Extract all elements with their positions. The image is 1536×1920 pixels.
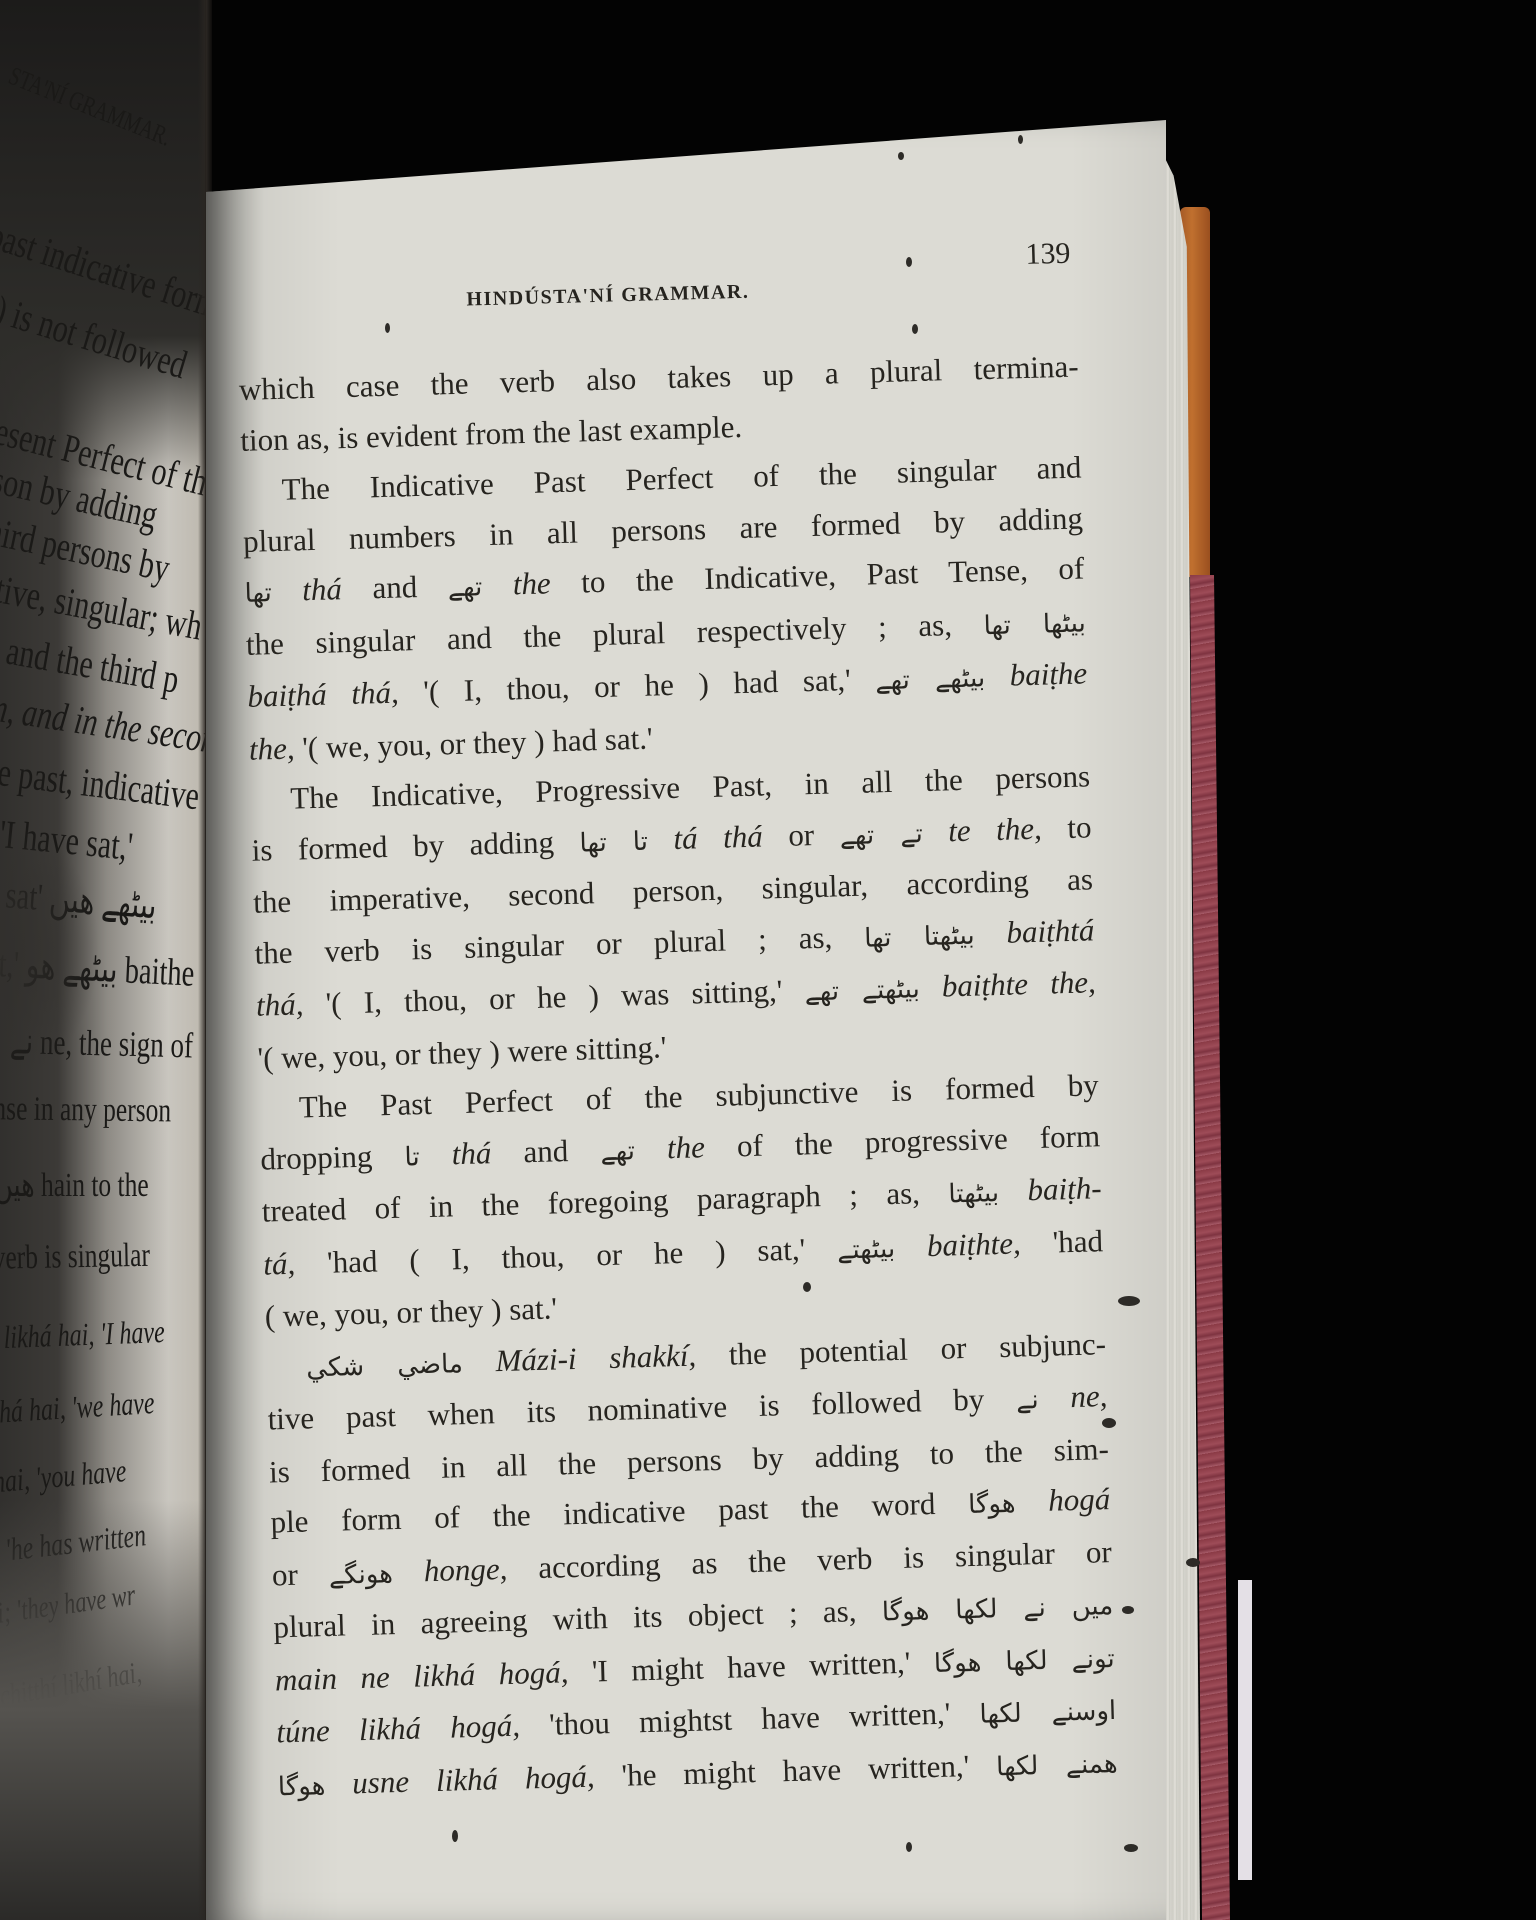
urdu-text: بیٹهے تهے [875, 663, 986, 696]
english-text: ( we, you, or they ) sat.' [264, 1290, 557, 1333]
english-text: and [491, 1132, 601, 1170]
transliteration: thá [271, 571, 342, 608]
english-text: is formed by adding [251, 823, 580, 867]
urdu-text: بیٹهتا تها [864, 920, 975, 953]
urdu-text: هوگا [278, 1771, 326, 1802]
transliteration: main ne likhá hogá, [274, 1654, 568, 1697]
transliteration: the, [248, 730, 295, 766]
urdu-text: بیٹهتا [948, 1178, 1000, 1209]
urdu-text: تهے [447, 572, 482, 603]
left-facing-page: STA'NÍ GRAMMAR.past indicative formr ) i… [0, 0, 205, 1920]
body-text: which case the verb also takes up a plur… [238, 341, 1138, 1812]
urdu-text: اوسنے لکها [979, 1696, 1116, 1730]
english-text: '( we, you, or they ) had sat.' [294, 720, 653, 765]
transliteration: baiṭhte, [895, 1225, 1022, 1263]
bookworm-hole [898, 152, 904, 160]
english-text: and [341, 568, 448, 606]
english-text: 'had ( I, thou, or he ) sat,' [295, 1230, 838, 1280]
left-page-line: ne likhá hai, 'I have [0, 1313, 165, 1357]
urdu-text: میں نے لکها هوگا [881, 1591, 1113, 1627]
book-photo: STA'NÍ GRAMMAR.past indicative formr ) i… [0, 0, 1536, 1920]
urdu-text: بیٹهتے [837, 1233, 896, 1265]
left-page-shadow-mid [0, 820, 100, 1080]
bookworm-hole [906, 257, 912, 267]
bookworm-hole [385, 323, 390, 333]
urdu-text: تها [244, 578, 272, 609]
transliteration: baiṭhte the, [919, 964, 1096, 1004]
transliteration: tá, [263, 1245, 296, 1281]
urdu-text: هونگے [328, 1559, 393, 1591]
english-text: 'had [1020, 1223, 1103, 1260]
book-cover-white-edge [1238, 1580, 1252, 1880]
urdu-text: بیٹها تها [983, 608, 1086, 641]
urdu-text: بیٹهتے تهے [804, 974, 920, 1007]
page-number: 139 [1025, 237, 1071, 272]
urdu-text: تونے لکها هوگا [933, 1643, 1115, 1678]
english-text: 'thou mightst have written,' [519, 1695, 980, 1743]
transliteration: usne likhá hogá, [325, 1758, 595, 1801]
urdu-text: نے [1016, 1385, 1039, 1416]
english-text: plural in agreeing with its object ; as, [273, 1592, 882, 1644]
english-text: 'I might have written,' [568, 1644, 934, 1689]
english-text: '( we, you, or they ) were sitting.' [257, 1029, 667, 1075]
bookworm-hole [1124, 1844, 1138, 1852]
left-page-shadow-bottom [0, 1500, 205, 1920]
transliteration: te the, [922, 810, 1042, 848]
english-text: dropping [260, 1137, 405, 1176]
transliteration: tá thá [647, 818, 763, 856]
english-text: the verb is singular or plural ; as, [254, 918, 865, 970]
left-page-line: e verb is singular [0, 1237, 150, 1278]
bookworm-hole [906, 1842, 912, 1852]
bookworm-hole [912, 324, 918, 334]
left-page-line: d هیں hain to the [0, 1165, 149, 1205]
urdu-text: هوگا [968, 1489, 1016, 1520]
bookworm-hole [1122, 1606, 1134, 1614]
running-title: HINDÚSTA'NÍ GRAMMAR. [466, 281, 750, 312]
urdu-text: تا تها [579, 826, 648, 858]
bookworm-hole [1102, 1418, 1116, 1428]
transliteration: the [482, 565, 551, 602]
bookworm-hole [452, 1830, 458, 1842]
english-text: according as the verb is singular or [507, 1534, 1112, 1586]
english-text: 'he might have written,' [594, 1747, 996, 1793]
transliteration: Mázi-i shakkí, [462, 1337, 696, 1379]
english-text: '( I, thou, or he ) had sat,' [398, 661, 876, 709]
transliteration: thá [419, 1135, 492, 1172]
english-text: or [762, 816, 840, 853]
transliteration: túne likhá hogá, [276, 1708, 521, 1750]
bookworm-hole [1118, 1296, 1140, 1306]
urdu-text: همنے لکها [996, 1748, 1118, 1781]
english-text: to [1041, 809, 1092, 845]
urdu-text: ماضي شکي [306, 1349, 463, 1383]
transliteration: honge, [392, 1550, 507, 1588]
english-text: or [272, 1555, 330, 1592]
urdu-text: تهے [600, 1136, 635, 1167]
urdu-text: تے تهے [839, 819, 923, 851]
transliteration: the [634, 1129, 705, 1166]
left-page-line: á hai, 'you have [0, 1452, 128, 1502]
transliteration: baiṭhtá [974, 912, 1095, 950]
bookworm-hole [803, 1282, 811, 1292]
english-text: '( I, thou, or he ) was sitting,' [303, 972, 805, 1021]
transliteration: baiṭhá thá, [247, 675, 399, 714]
english-text: tion as, is evident from the last exampl… [240, 408, 743, 457]
left-page-line: likhá hai, 'we have [0, 1384, 156, 1432]
transliteration: hogá [1015, 1481, 1111, 1519]
transliteration: ne, [1038, 1378, 1108, 1415]
bookworm-hole [1186, 1558, 1200, 1567]
page-content: HINDÚSTA'NÍ GRAMMAR. 139 which case the … [235, 226, 1138, 1812]
bookworm-hole [1018, 135, 1023, 144]
english-text: the potential or subjunc- [696, 1326, 1107, 1372]
transliteration: baiṭh- [999, 1170, 1102, 1208]
urdu-text: تا [404, 1142, 420, 1172]
english-text: to the Indicative, Past Tense, of [550, 550, 1085, 600]
transliteration: baiṭhe [985, 655, 1088, 693]
left-page-line: tense in any person [0, 1090, 171, 1130]
transliteration: thá, [256, 986, 304, 1022]
english-text: of the progressive form [704, 1118, 1100, 1164]
